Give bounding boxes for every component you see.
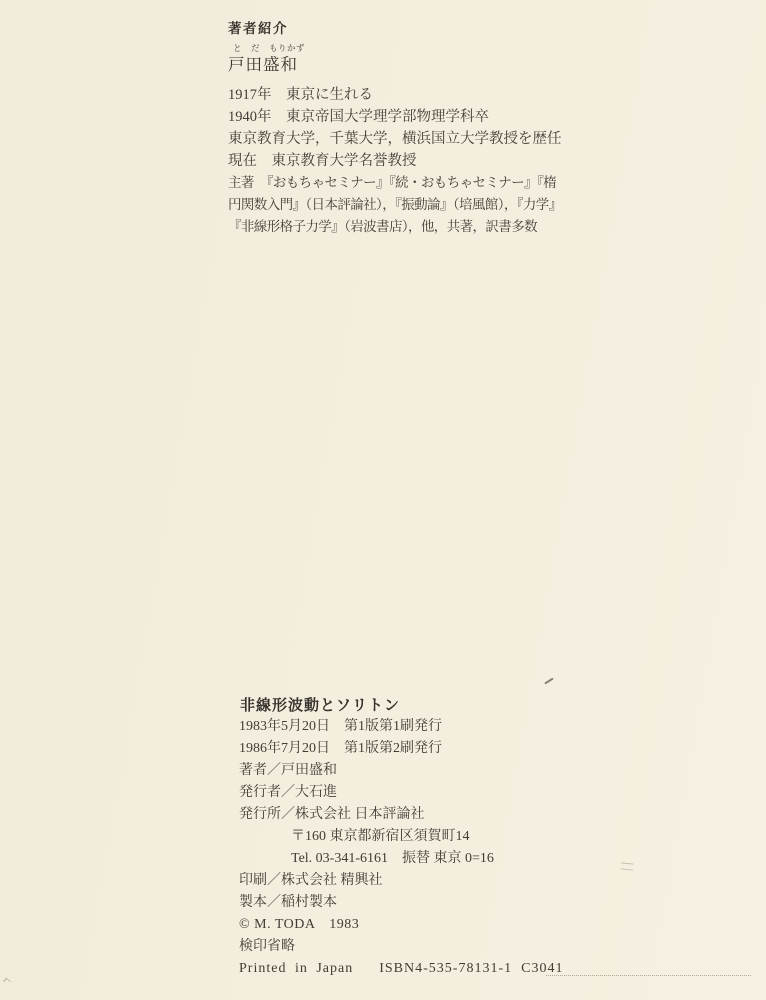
colophon: 1983年5月20日 第1版第1刷発行 1986年7月20日 第1版第2刷発行 … xyxy=(239,716,563,980)
binder-line: 製本／稲村製本 xyxy=(239,892,563,914)
copyright-line: © M. TODA 1983 xyxy=(239,914,563,936)
kenin-line: 検印省略 xyxy=(239,936,563,958)
c-code: C3041 xyxy=(521,958,563,980)
scan-dotted-edge-artifact xyxy=(546,975,751,976)
author-credit-line: 著者／戸田盛和 xyxy=(239,760,563,782)
phone-line: Tel. 03-341-6161 振替 東京 0=16 xyxy=(239,848,563,870)
printer-line: 印刷／株式会社 精興社 xyxy=(239,870,563,892)
book-colophon-page: 著者紹介 と だ もりかず 戸田盛和 1917年 東京に生れる 1940年 東京… xyxy=(0,0,766,1000)
publisher-line: 発行所／株式会社 日本評論社 xyxy=(239,804,563,826)
author-bio-line: 1917年 東京に生れる xyxy=(228,84,562,106)
author-bio-line: 円関数入門』（日本評論社），『振動論』（培風館），『力学』 xyxy=(228,194,562,216)
speck-artifact xyxy=(3,978,11,986)
author-name: 戸田盛和 xyxy=(228,51,298,75)
printed-isbn-line: Printed in JapanISBN4-535-78131-1C3041 xyxy=(239,958,563,980)
book-title: 非線形波動とソリトン xyxy=(240,694,400,715)
publisher-person-line: 発行者／大石進 xyxy=(239,782,563,804)
scratch-artifact xyxy=(544,678,554,685)
smudge-artifact xyxy=(621,862,634,870)
isbn: ISBN4-535-78131-1 xyxy=(379,958,512,980)
edition-line: 1986年7月20日 第1版第2刷発行 xyxy=(239,738,563,760)
author-bio-line: 『非線形格子力学』（岩波書店），他，共著，訳書多数 xyxy=(228,216,562,238)
author-bio-line: 1940年 東京帝国大学理学部物理学科卒 xyxy=(228,106,562,128)
address-line: 〒160 東京都新宿区須賀町14 xyxy=(239,826,563,848)
printed-in-japan: Printed in Japan xyxy=(239,961,353,976)
author-bio-line: 主著 『おもちゃセミナー』『続・おもちゃセミナー』『楕 xyxy=(228,172,562,194)
author-bio-line: 現在 東京教育大学名誉教授 xyxy=(228,150,562,172)
author-bio-line: 東京教育大学，千葉大学，横浜国立大学教授を歴任 xyxy=(228,128,562,150)
edition-line: 1983年5月20日 第1版第1刷発行 xyxy=(239,716,563,738)
author-intro-heading: 著者紹介 xyxy=(228,17,288,37)
author-bio: 1917年 東京に生れる 1940年 東京帝国大学理学部物理学科卒 東京教育大学… xyxy=(228,84,562,238)
